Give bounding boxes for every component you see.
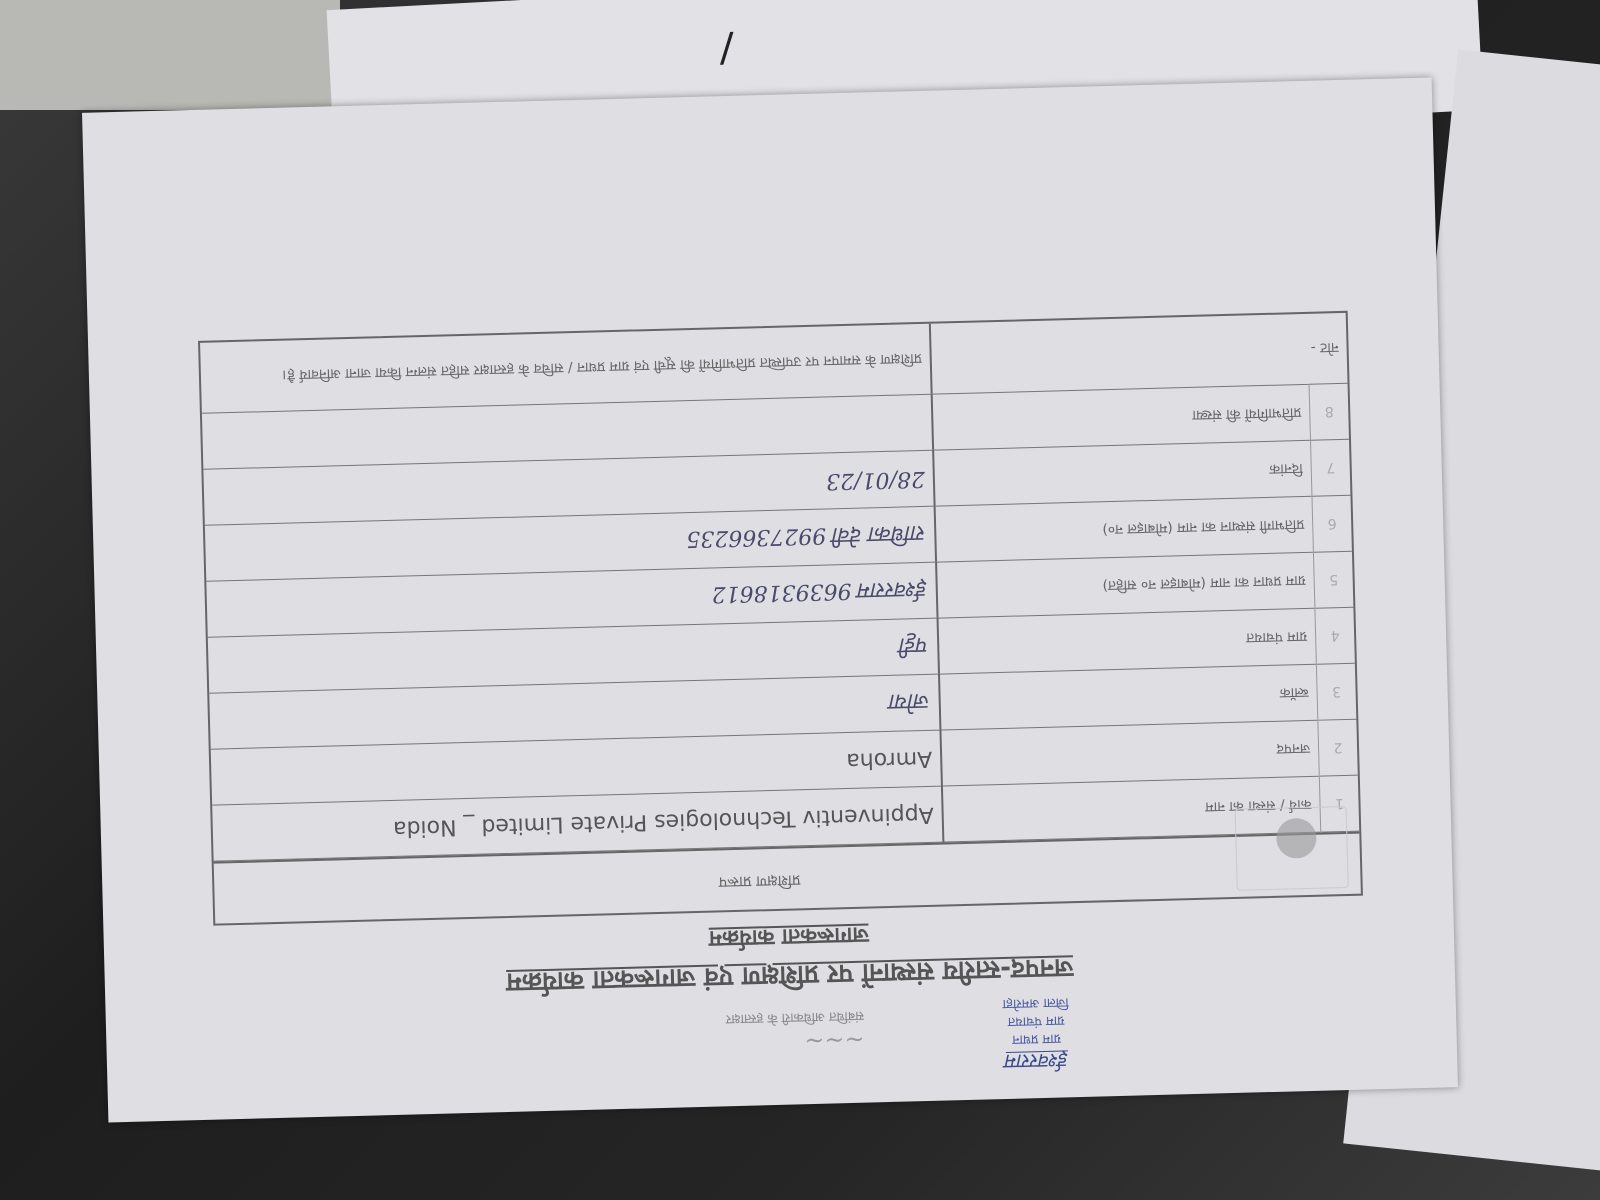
stamp-signature: ईश्वरराम (1005, 1050, 1068, 1071)
official-stamp: ईश्वरराम ग्राम प्रधान ग्राम पंचायत जिला … (935, 991, 1137, 1073)
form-table: 1 कार्य / संस्था का नाम Appinventiv Tech… (200, 313, 1359, 862)
row-number: 2 (1318, 719, 1358, 776)
row-label: ग्राम प्रधान का नाम (मोबाइल न० सहित) (936, 552, 1315, 618)
stamp-line-1: ग्राम प्रधान (1012, 1031, 1061, 1047)
pen-mark: ∕ (720, 25, 733, 71)
logo-emblem-icon (1276, 818, 1317, 859)
row-label: दिनांक (933, 440, 1312, 506)
form-table-box: प्रशिक्षण प्रारूप 1 कार्य / संस्था का ना… (198, 311, 1363, 926)
officer-signature-mark: ~~~ (726, 1026, 865, 1058)
form-page-rotated: जनपद-स्तरीय संस्थानों पर प्रशिक्षण एवं ज… (82, 78, 1458, 1123)
row-number: 4 (1315, 607, 1355, 664)
form-content: जनपद-स्तरीय संस्थानों पर प्रशिक्षण एवं ज… (198, 311, 1365, 1010)
row-label: ब्लॉक (939, 664, 1318, 730)
officer-caption: संबंधित अधिकारी के हस्ताक्षर (726, 1008, 864, 1027)
officer-signature: ~~~ संबंधित अधिकारी के हस्ताक्षर (726, 1008, 865, 1058)
row-number: 6 (1312, 495, 1352, 552)
note-label: नोट - (930, 313, 1348, 394)
row-label: ग्राम पंचायत (938, 608, 1317, 674)
row-label: प्रतिभागी संस्थान का नाम (मोबाइल न०) (935, 496, 1314, 562)
row-label: प्रतिभागियों की संख्या (932, 384, 1311, 450)
row-number: 3 (1316, 663, 1356, 720)
stamp-line-2: ग्राम पंचायत (1008, 1012, 1065, 1028)
form-sheet: जनपद-स्तरीय संस्थानों पर प्रशिक्षण एवं ज… (82, 78, 1458, 1123)
row-number: 7 (1311, 439, 1351, 496)
background-surface (0, 0, 340, 110)
row-number: 8 (1309, 383, 1349, 440)
organization-logo (1235, 806, 1349, 891)
format-label: प्रशिक्षण प्रारूप (719, 870, 801, 892)
row-label: जनपद (940, 720, 1319, 786)
row-number: 5 (1313, 551, 1353, 608)
stamp-line-3: जिला अमरोहा (1002, 994, 1068, 1011)
